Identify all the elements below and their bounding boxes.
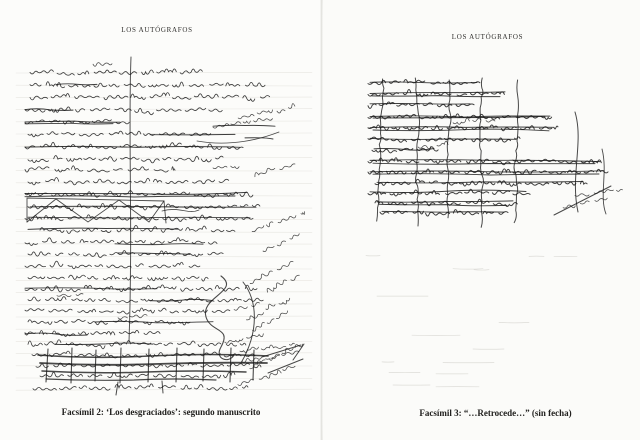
facsimile-3-manuscript-image bbox=[323, 0, 640, 440]
facsimile-2-manuscript-image bbox=[0, 0, 322, 440]
page-right: LOS AUTÓGRAFOS Facsímil 3: “…Retrocede…”… bbox=[323, 0, 640, 440]
page-left: LOS AUTÓGRAFOS Facsímil 2: ‘Los desgraci… bbox=[0, 0, 322, 440]
caption-facsimile-2: Facsímil 2: ‘Los desgraciados’: segundo … bbox=[0, 407, 322, 417]
book-spread-scan: LOS AUTÓGRAFOS Facsímil 2: ‘Los desgraci… bbox=[0, 0, 640, 440]
caption-facsimile-3: Facsímil 3: “…Retrocede…” (sin fecha) bbox=[337, 408, 640, 418]
